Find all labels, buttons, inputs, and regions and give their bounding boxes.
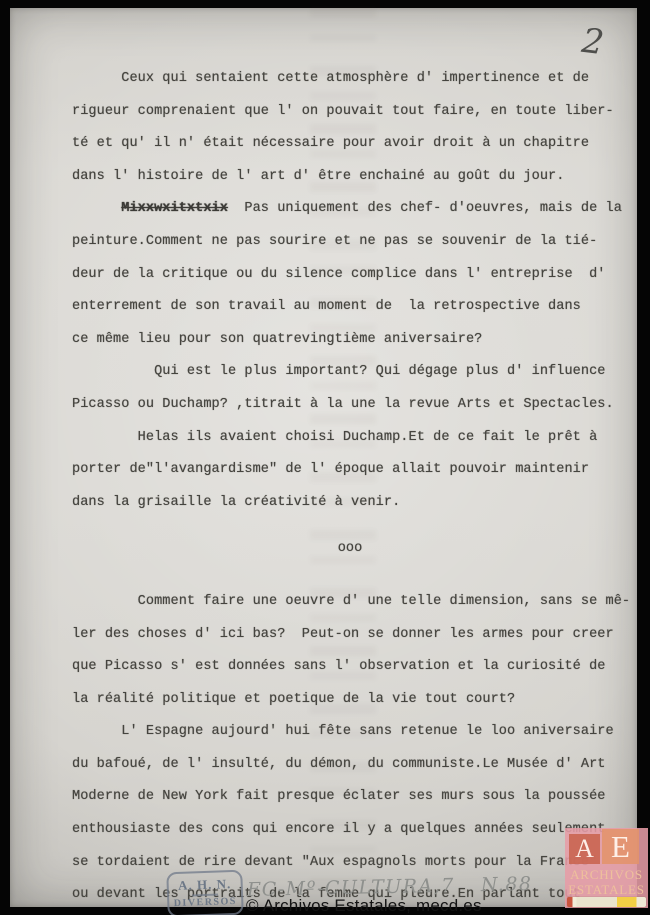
reference-number: N.88	[481, 873, 533, 896]
typewritten-line: L' Espagne aujourd' hui fête sans retenu…	[72, 716, 628, 749]
typewritten-line: Moderne de New York fait presque éclater…	[72, 781, 628, 814]
logo-text-archivos: ARCHIVOS	[565, 867, 648, 883]
scanned-document-photo: 2 Ceux qui sentaient cette atmosphère d'…	[0, 0, 650, 915]
typewritten-line: se tordaient de rire devant "Aux espagno…	[72, 847, 628, 880]
archivos-estatales-logo: A E ARCHIVOS ESTATALES	[565, 828, 648, 908]
typewritten-line: porter de"l'avangardisme" de l' époque a…	[72, 454, 628, 487]
logo-letter-squares: A E	[565, 828, 648, 864]
typewritten-line: peinture.Comment ne pas sourire et ne pa…	[72, 226, 628, 259]
typewritten-line: enterrement de son travail au moment de …	[72, 291, 628, 324]
stamp-subtitle: DIVERSOS	[169, 896, 241, 910]
typewritten-line: dans la grisaille la créativité à venir.	[72, 487, 628, 520]
typewritten-line: té et qu' il n' était nécessaire pour av…	[72, 128, 628, 161]
logo-text-estatales: ESTATALES	[565, 882, 648, 898]
struck-out-word: Mixxwxitxtxix	[121, 201, 228, 216]
typewritten-line: Ceux qui sentaient cette atmosphère d' i…	[72, 63, 628, 96]
typewritten-line: ooo	[72, 533, 628, 566]
typewritten-line: la réalité politique et poetique de la v…	[72, 684, 628, 717]
typewritten-line: du bafoué, de l' insulté, du démon, du c…	[72, 749, 628, 782]
copyright-watermark: © Archivos Estatales, mecd.es	[246, 896, 482, 915]
typewritten-line: ce même lieu pour son quatrevingtième an…	[72, 324, 628, 357]
document-page: 2 Ceux qui sentaient cette atmosphère d'…	[10, 8, 637, 907]
logo-letter-a-icon: A	[569, 834, 600, 864]
gobierno-banner-icon	[567, 897, 646, 907]
typewritten-line: Picasso ou Duchamp? ,titrait à la une la…	[72, 389, 628, 422]
ahn-archive-stamp: A. H. N. DIVERSOS	[166, 870, 244, 915]
typewritten-line: deur de la critique ou du silence compli…	[72, 259, 628, 292]
typewritten-text-block: Ceux qui sentaient cette atmosphère d' i…	[72, 63, 628, 912]
stamp-title: A. H. N.	[168, 876, 241, 895]
logo-letter-e-icon: E	[602, 829, 639, 864]
typewritten-line: ler des choses d' ici bas? Peut-on se do…	[72, 619, 628, 652]
handwritten-page-number: 2	[580, 21, 606, 63]
typewritten-line: enthousiaste des cons qui encore il y a …	[72, 814, 628, 847]
typewritten-line: Qui est le plus important? Qui dégage pl…	[72, 356, 628, 389]
typewritten-line: rigueur comprenaient que l' on pouvait t…	[72, 96, 628, 129]
typewritten-line: dans l' histoire de l' art d' être encha…	[72, 161, 628, 194]
typewritten-line: que Picasso s' est données sans l' obser…	[72, 651, 628, 684]
typewritten-line: Helas ils avaient choisi Duchamp.Et de c…	[72, 422, 628, 455]
typewritten-line: Comment faire une oeuvre d' une telle di…	[72, 586, 628, 619]
typewritten-line: Mixxwxitxtxix Pas uniquement des chef- d…	[72, 193, 628, 226]
